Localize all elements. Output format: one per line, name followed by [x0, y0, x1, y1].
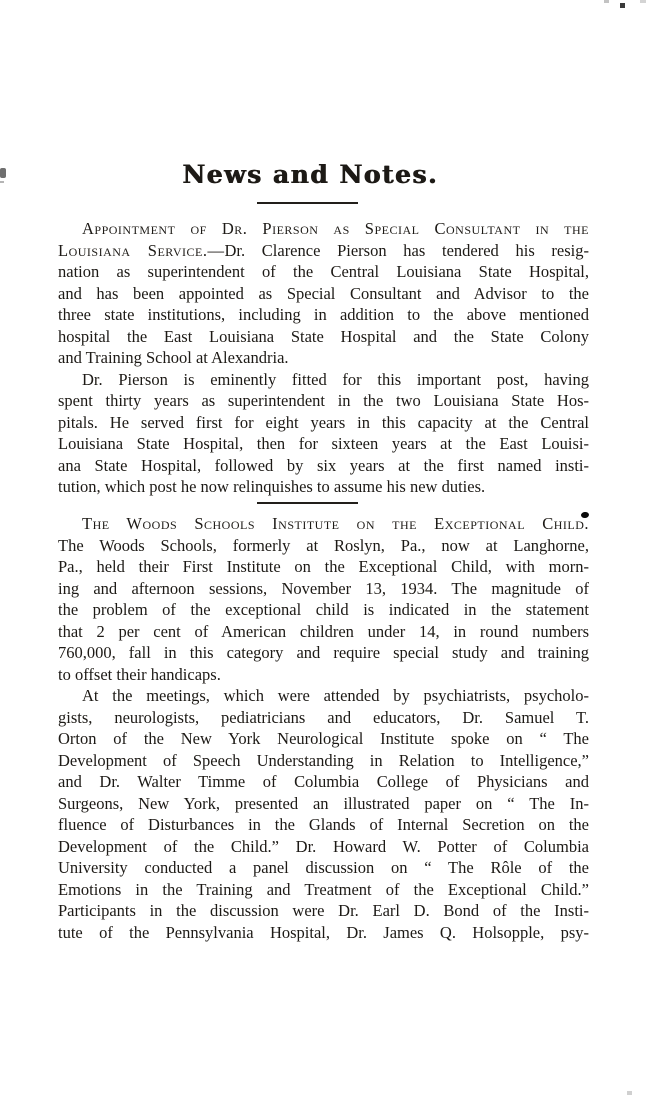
- text-line: The Woods Schools Institute on the Excep…: [58, 513, 589, 535]
- text-line: 760,000, fall in this category and requi…: [58, 642, 589, 664]
- text-line: the problem of the exceptional child is …: [58, 599, 589, 621]
- text-line: Emotions in the Training and Treatment o…: [58, 879, 589, 901]
- paragraph-pierson-career: Dr. Pierson is eminently fitted for this…: [58, 369, 589, 498]
- text-line: that 2 per cent of American children und…: [58, 621, 589, 643]
- text-line: Dr. Pierson is eminently fitted for this…: [58, 369, 589, 391]
- text-line: Surgeons, New York, presented an illustr…: [58, 793, 589, 815]
- text-line: tution, which post he now relinquishes t…: [58, 476, 589, 498]
- scan-speck: [627, 1091, 632, 1095]
- text-line: Louisiana State Hospital, then for sixte…: [58, 433, 589, 455]
- text-line: Pa., held their First Institute on the E…: [58, 556, 589, 578]
- scan-speck: [620, 3, 625, 8]
- page-title: News and Notes.: [58, 160, 562, 190]
- text-line: Louisiana Service.—Dr. Clarence Pierson …: [58, 240, 589, 262]
- text-line: and Dr. Walter Timme of Columbia College…: [58, 771, 589, 793]
- text-line: and Training School at Alexandria.: [58, 347, 589, 369]
- text-line: three state institutions, including in a…: [58, 304, 589, 326]
- text-line: fluence of Disturbances in the Glands of…: [58, 814, 589, 836]
- paragraph-meetings: At the meetings, which were attended by …: [58, 685, 589, 943]
- text-line: gists, neurologists, pediatricians and e…: [58, 707, 589, 729]
- title-divider-rule: [257, 202, 358, 204]
- scanned-document-page: News and Notes. Appointment of Dr. Piers…: [0, 0, 650, 1099]
- text-line: and has been appointed as Special Consul…: [58, 283, 589, 305]
- text-line: pitals. He served first for eight years …: [58, 412, 589, 434]
- text-line: nation as superintendent of the Central …: [58, 261, 589, 283]
- text-line: Participants in the discussion were Dr. …: [58, 900, 589, 922]
- text-line: ing and afternoon sessions, November 13,…: [58, 578, 589, 600]
- text-line: Development of Speech Understanding in R…: [58, 750, 589, 772]
- text-line: Appointment of Dr. Pierson as Special Co…: [58, 218, 589, 240]
- text-line: ana State Hospital, followed by six year…: [58, 455, 589, 477]
- text-line: to offset their handicaps.: [58, 664, 589, 686]
- text-line: At the meetings, which were attended by …: [58, 685, 589, 707]
- scan-speck: [604, 0, 609, 3]
- text-line: tute of the Pennsylvania Hospital, Dr. J…: [58, 922, 589, 944]
- text-line: spent thirty years as superintendent in …: [58, 390, 589, 412]
- text-line: Orton of the New York Neurological Insti…: [58, 728, 589, 750]
- paragraph-woods-schools: The Woods Schools Institute on the Excep…: [58, 513, 589, 685]
- text-line: hospital the East Louisiana State Hospit…: [58, 326, 589, 348]
- text-line: Development of the Child.” Dr. Howard W.…: [58, 836, 589, 858]
- section-woods-schools-institute: The Woods Schools Institute on the Excep…: [58, 513, 589, 943]
- scan-speck: [0, 181, 4, 183]
- scan-speck: [0, 168, 6, 178]
- scan-speck: [640, 0, 646, 3]
- text-line: The Woods Schools, formerly at Roslyn, P…: [58, 535, 589, 557]
- paragraph-appointment: Appointment of Dr. Pierson as Special Co…: [58, 218, 589, 369]
- text-line: University conducted a panel discussion …: [58, 857, 589, 879]
- section-pierson-appointment: Appointment of Dr. Pierson as Special Co…: [58, 218, 589, 498]
- section-divider-rule: [257, 502, 358, 504]
